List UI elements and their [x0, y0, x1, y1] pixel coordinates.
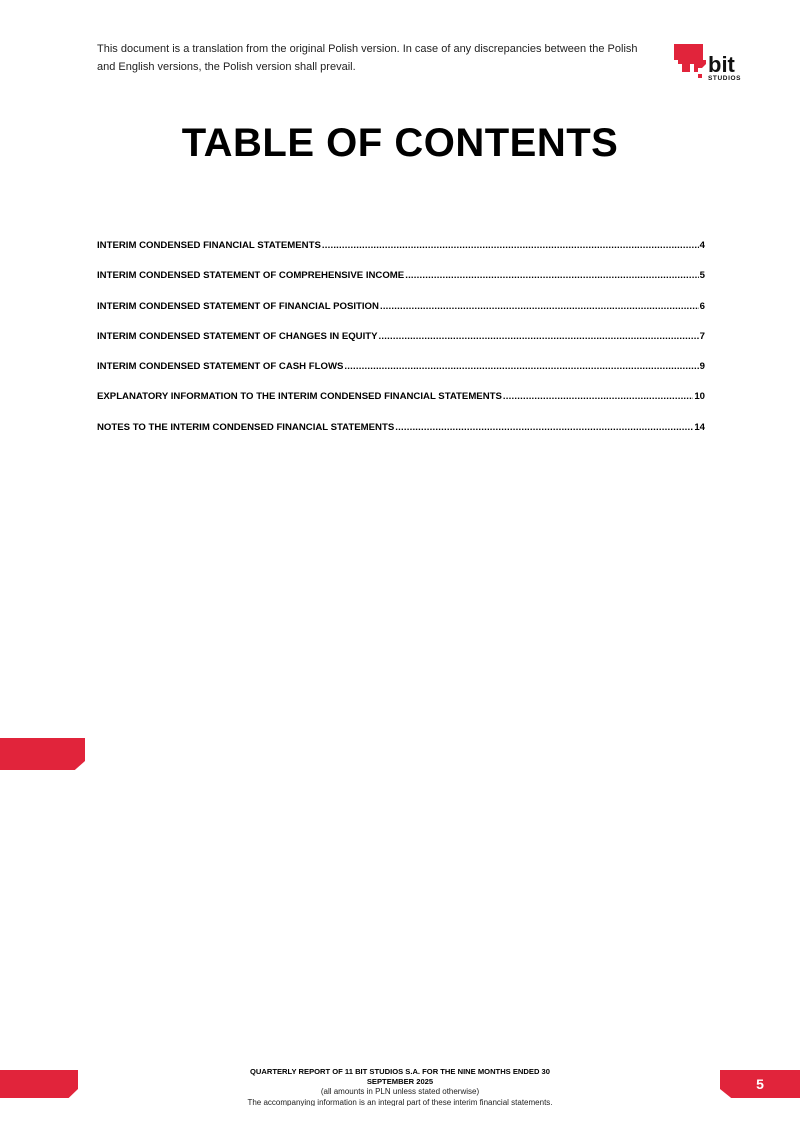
toc-entry-label: EXPLANATORY INFORMATION TO THE INTERIM C…: [97, 391, 502, 402]
translation-disclaimer: This document is a translation from the …: [97, 40, 657, 76]
logo-subword: STUDIOS: [708, 75, 741, 82]
report-title-line-2: SEPTEMBER 2025: [150, 1077, 650, 1087]
toc-entry-label: INTERIM CONDENSED STATEMENT OF COMPREHEN…: [97, 270, 404, 281]
amounts-note: (all amounts in PLN unless stated otherw…: [150, 1087, 650, 1098]
toc-entry-page: 5: [700, 270, 705, 281]
dot-leader: [322, 240, 699, 251]
logo-word: bit: [708, 52, 736, 77]
page-footer: QUARTERLY REPORT OF 11 BIT STUDIOS S.A. …: [150, 1067, 650, 1106]
toc-entry[interactable]: INTERIM CONDENSED STATEMENT OF COMPREHEN…: [97, 270, 705, 300]
decorative-red-tab: [0, 738, 85, 770]
toc-entry-label: INTERIM CONDENSED FINANCIAL STATEMENTS: [97, 240, 321, 251]
report-title-line-1: QUARTERLY REPORT OF 11 BIT STUDIOS S.A. …: [150, 1067, 650, 1077]
dot-leader: [395, 422, 693, 433]
toc-entry-page: 6: [700, 301, 705, 312]
toc-entry-page: 4: [700, 240, 705, 251]
dot-leader: [379, 331, 699, 342]
toc-entry-label: INTERIM CONDENSED STATEMENT OF CASH FLOW…: [97, 361, 343, 372]
toc-entry[interactable]: NOTES TO THE INTERIM CONDENSED FINANCIAL…: [97, 422, 705, 452]
toc-entry[interactable]: INTERIM CONDENSED STATEMENT OF CASH FLOW…: [97, 361, 705, 391]
company-logo: bit STUDIOS: [672, 42, 752, 84]
page-title: TABLE OF CONTENTS: [0, 118, 800, 168]
integral-note: The accompanying information is an integ…: [150, 1098, 650, 1107]
page-number: 5: [756, 1076, 764, 1092]
toc-entry[interactable]: INTERIM CONDENSED FINANCIAL STATEMENTS 4: [97, 240, 705, 270]
toc-entry[interactable]: EXPLANATORY INFORMATION TO THE INTERIM C…: [97, 391, 705, 421]
toc-entry-label: INTERIM CONDENSED STATEMENT OF FINANCIAL…: [97, 301, 379, 312]
dot-leader: [503, 391, 693, 402]
toc-entry-page: 10: [694, 391, 705, 402]
page-number-badge: 5: [720, 1070, 800, 1098]
11-bit-studios-logo-icon: bit STUDIOS: [672, 42, 752, 84]
toc-entry-label: INTERIM CONDENSED STATEMENT OF CHANGES I…: [97, 331, 378, 342]
toc-entry-page: 7: [700, 331, 705, 342]
dot-leader: [405, 270, 698, 281]
toc-entry[interactable]: INTERIM CONDENSED STATEMENT OF FINANCIAL…: [97, 301, 705, 331]
table-of-contents: INTERIM CONDENSED FINANCIAL STATEMENTS 4…: [97, 240, 705, 452]
toc-entry[interactable]: INTERIM CONDENSED STATEMENT OF CHANGES I…: [97, 331, 705, 361]
toc-entry-label: NOTES TO THE INTERIM CONDENSED FINANCIAL…: [97, 422, 394, 433]
dot-leader: [344, 361, 698, 372]
dot-leader: [380, 301, 699, 312]
toc-entry-page: 9: [700, 361, 705, 372]
footer-red-tab-left: [0, 1070, 78, 1098]
toc-entry-page: 14: [694, 422, 705, 433]
